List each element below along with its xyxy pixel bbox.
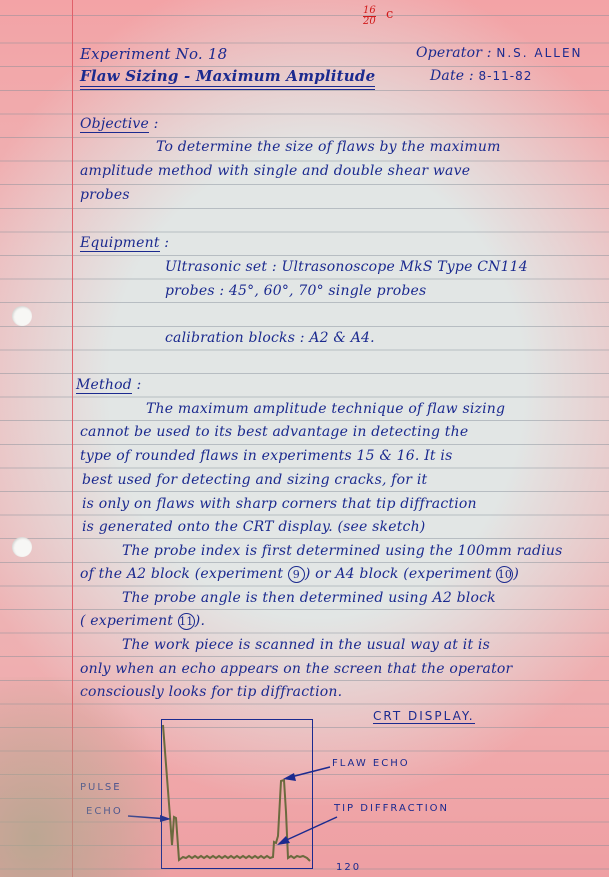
notebook-page: 16 20 c Experiment No. 18 Flaw Sizing - … [0, 0, 609, 877]
crt-trace-sketch [0, 0, 609, 877]
label-tip-diffraction: TIP DIFFRACTION [334, 803, 449, 814]
label-flaw-echo: FLAW ECHO [332, 758, 410, 769]
page-number: 120 [336, 862, 361, 873]
label-pulse: PULSE [80, 782, 122, 793]
label-echo: ECHO [86, 806, 123, 817]
